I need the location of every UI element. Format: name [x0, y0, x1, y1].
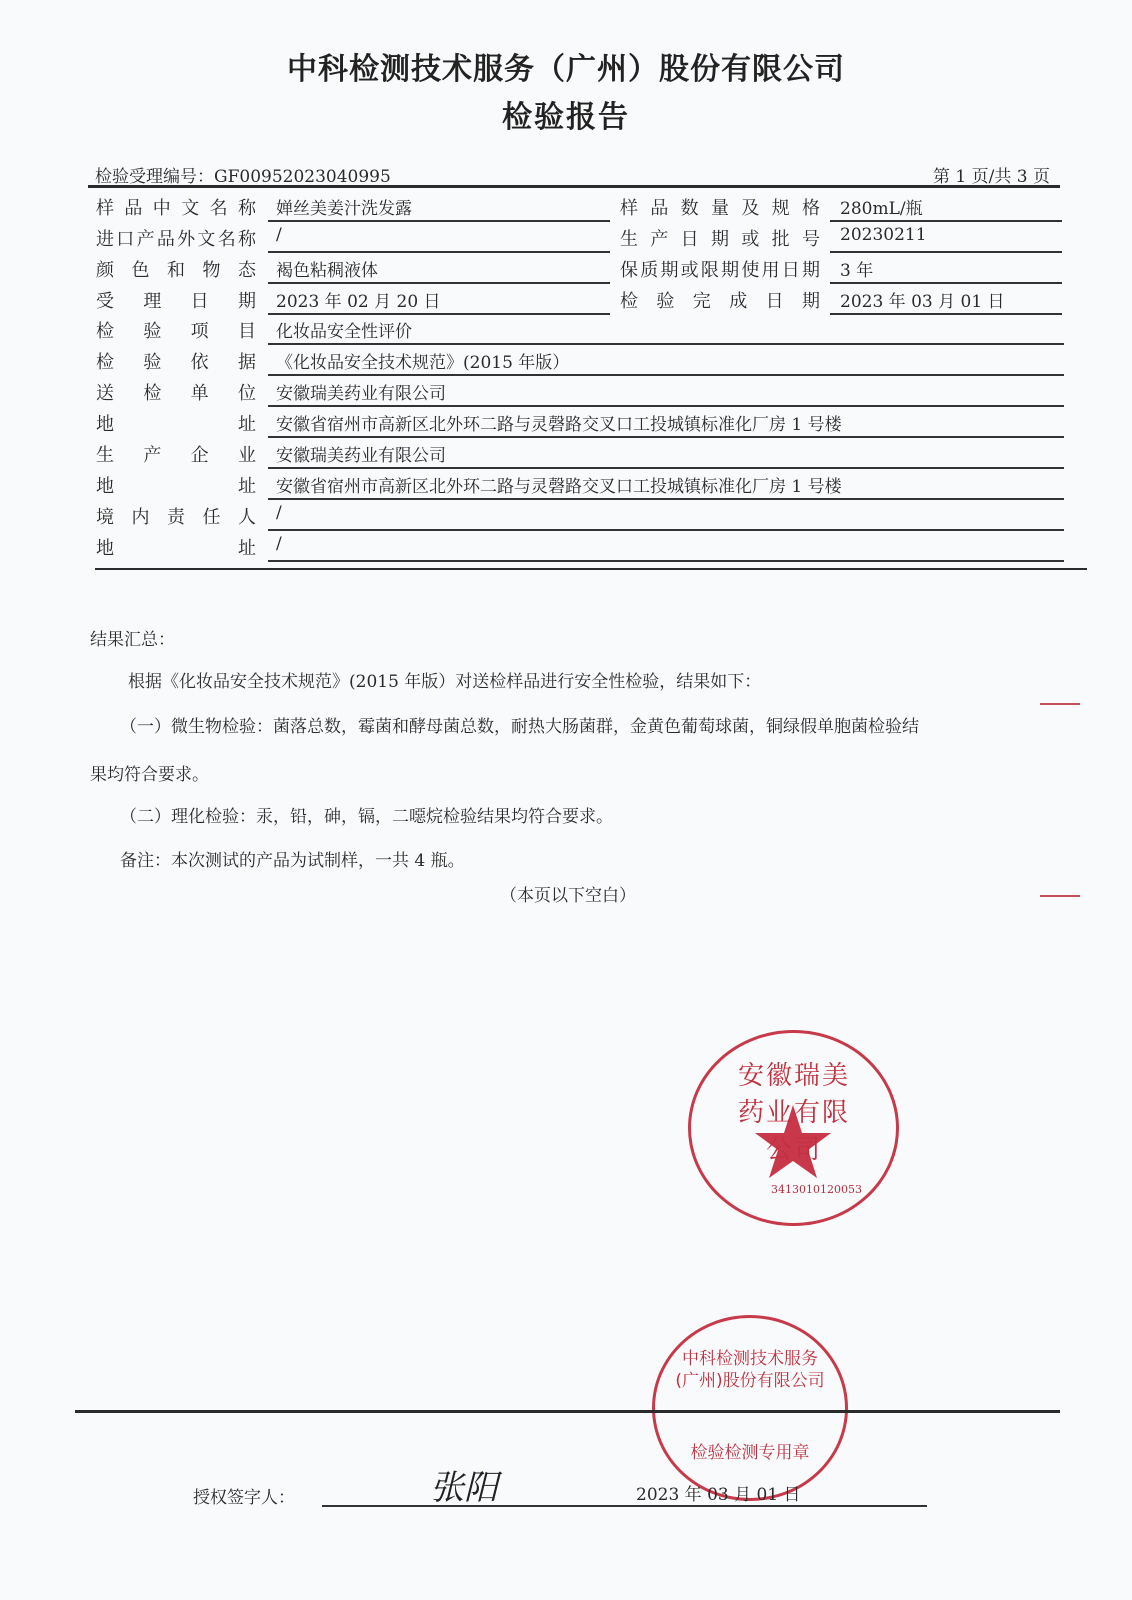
field-underline [268, 467, 1064, 469]
field-value: 3 年 [840, 256, 873, 281]
field-underline [268, 405, 1064, 407]
field-label: 生产日期或批号 [620, 225, 820, 251]
signature-date: 2023 年 03 月 01 日 [636, 1480, 801, 1505]
acceptance-number: 检验受理编号：GF00952023040995 [95, 162, 391, 187]
header-divider [88, 185, 1060, 188]
field-value: / [276, 225, 282, 245]
field-value: 婵丝美姜汁洗发露 [276, 194, 412, 219]
field-value: 安徽省宿州市高新区北外环二路与灵磬路交叉口工投城镇标准化厂房 1 号楼 [276, 410, 842, 435]
field-underline [268, 560, 1064, 562]
field-label: 地址 [96, 534, 256, 560]
acceptance-number-label: 检验受理编号： [95, 167, 214, 187]
field-underline [830, 251, 1062, 253]
field-value: 2023 年 02 月 20 日 [276, 287, 441, 312]
field-underline [268, 313, 610, 315]
field-label: 地址 [96, 410, 256, 436]
field-label: 生产企业 [96, 441, 256, 467]
table-bottom-divider [95, 568, 1087, 570]
field-underline [268, 436, 1064, 438]
field-value: / [276, 503, 282, 523]
client-seal-code: 3413010120053 [771, 1183, 862, 1196]
remark: 备注：本次测试的产品为试制样，一共 4 瓶。 [120, 846, 465, 871]
field-underline [268, 374, 1064, 376]
blank-note: （本页以下空白） [500, 881, 636, 906]
lab-inspection-seal: 中科检测技术服务(广州)股份有限公司 检验检测专用章 [652, 1315, 848, 1501]
client-seal-text: 安徽瑞美药业有限公司 [729, 1055, 859, 1166]
field-label: 检验依据 [96, 348, 256, 374]
microbial-result-line2: 果均符合要求。 [90, 760, 209, 785]
signer-label: 授权签字人： [193, 1483, 295, 1508]
field-label: 保质期或限期使用日期 [620, 256, 820, 282]
field-underline [830, 220, 1062, 222]
field-underline [268, 498, 1064, 500]
field-label: 地址 [96, 472, 256, 498]
edge-seal-mark [1040, 703, 1080, 705]
edge-seal-mark [1040, 895, 1080, 897]
field-label: 进口产品外文名称 [96, 225, 256, 251]
field-value: 褐色粘稠液体 [276, 256, 378, 281]
field-value: 安徽瑞美药业有限公司 [276, 379, 446, 404]
field-value: 280mL/瓶 [840, 194, 923, 219]
field-label: 送检单位 [96, 379, 256, 405]
field-underline [268, 282, 610, 284]
company-name: 中科检测技术服务（广州）股份有限公司 [0, 44, 1132, 88]
results-heading: 结果汇总： [90, 625, 175, 650]
microbial-result-line1: （一）微生物检验：菌落总数，霉菌和酵母菌总数，耐热大肠菌群，金黄色葡萄球菌，铜绿… [120, 712, 919, 737]
field-value: 安徽省宿州市高新区北外环二路与灵磬路交叉口工投城镇标准化厂房 1 号楼 [276, 472, 842, 497]
field-value: 20230211 [840, 225, 927, 245]
field-label: 颜色和物态 [96, 256, 256, 282]
field-label: 境内责任人 [96, 503, 256, 529]
field-underline [268, 529, 1064, 531]
field-label: 样品中文名称 [96, 194, 256, 220]
field-underline [268, 251, 610, 253]
field-underline [830, 282, 1062, 284]
field-underline [830, 313, 1062, 315]
report-title: 检验报告 [0, 92, 1132, 136]
field-label: 样品数量及规格 [620, 194, 820, 220]
field-label: 受理日期 [96, 287, 256, 313]
field-label: 检验完成日期 [620, 287, 820, 313]
acceptance-number-value: GF00952023040995 [214, 167, 391, 187]
field-value: 《化妆品安全技术规范》(2015 年版） [276, 348, 569, 373]
field-underline [268, 343, 1064, 345]
footer-divider [75, 1410, 1060, 1413]
field-underline [268, 220, 610, 222]
lab-seal-subtext: 检验检测专用章 [685, 1438, 815, 1463]
field-value: 化妆品安全性评价 [276, 317, 412, 342]
signature-underline [322, 1505, 927, 1507]
results-intro: 根据《化妆品安全技术规范》(2015 年版）对送检样品进行安全性检验，结果如下： [128, 667, 761, 692]
field-label: 检验项目 [96, 317, 256, 343]
signature: 张阳 [430, 1460, 498, 1509]
field-value: 安徽瑞美药业有限公司 [276, 441, 446, 466]
field-value: / [276, 534, 282, 554]
client-company-seal: 安徽瑞美药业有限公司 3413010120053 [688, 1030, 899, 1226]
field-value: 2023 年 03 月 01 日 [840, 287, 1005, 312]
chemical-result: （二）理化检验：汞，铅，砷，镉，二噁烷检验结果均符合要求。 [120, 802, 613, 827]
lab-seal-text: 中科检测技术服务(广州)股份有限公司 [673, 1348, 827, 1392]
page-indicator: 第 1 页/共 3 页 [933, 162, 1050, 187]
